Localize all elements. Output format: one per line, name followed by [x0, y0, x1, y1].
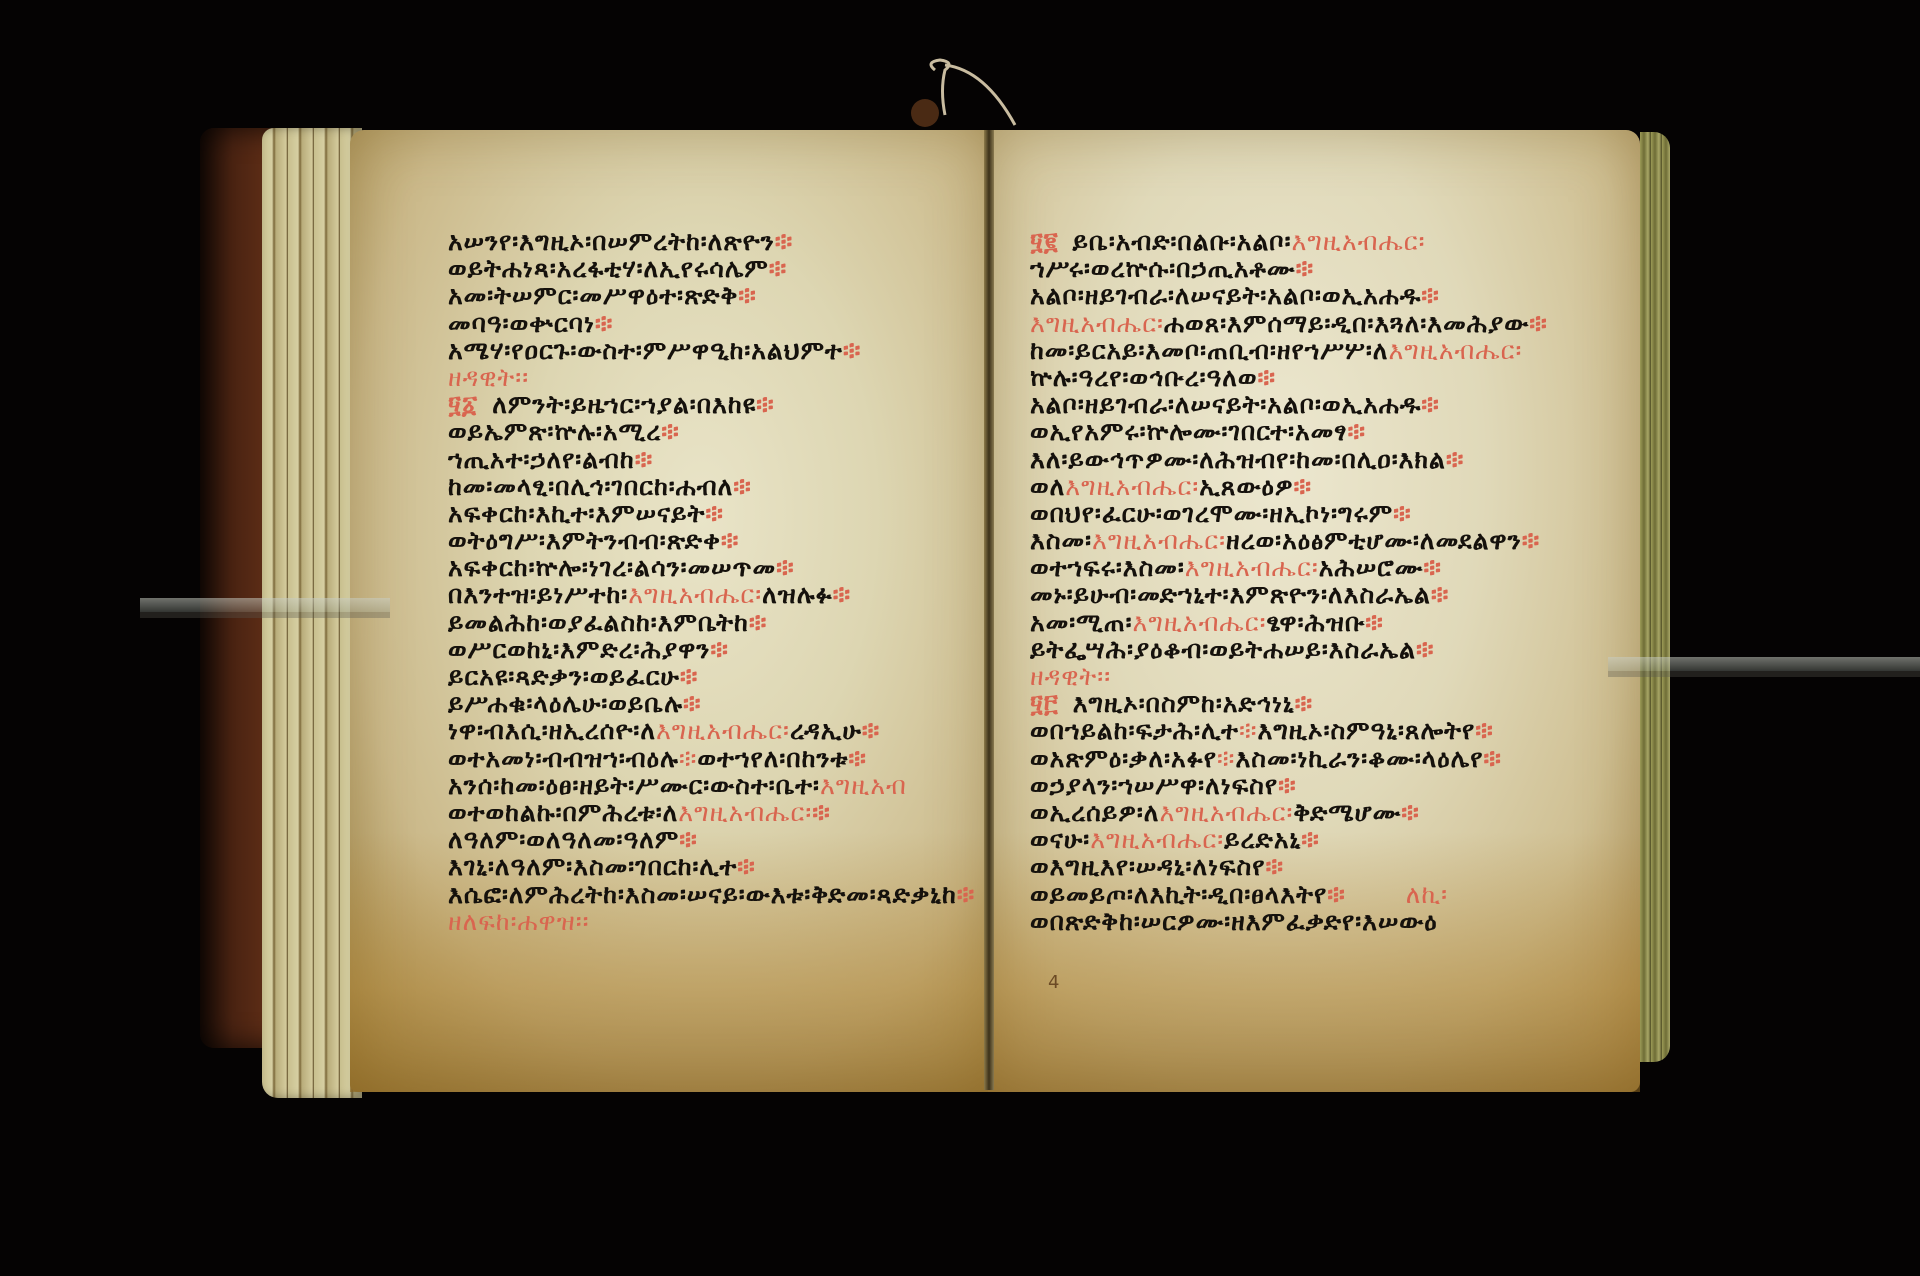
text-line: አፍቀርከ፡ኵሎ፡ነገረ፡ልሳን፡መሠጥመ፨ [448, 554, 988, 581]
text-line: ወተወከልኩ፡በምሕረቱ፡ለእግዚአብሔር፡፨ [448, 799, 988, 826]
text-line: አንሰ፡ከመ፡ዕፀ፡ዘይት፡ሥሙር፡ውስተ፡ቤተ፡እግዚአብ [448, 772, 988, 799]
acrylic-support-right [1608, 657, 1920, 671]
text-line: ለዓለም፡ወለዓለመ፡ዓለም፨ [448, 826, 988, 853]
text-line: ነዋ፡ብእሲ፡ዘኢረሰዮ፡ለእግዚአብሔር፡ረዳኢሁ፨ [448, 717, 988, 744]
text-line: ወተኀፍሩ፡እስመ፡እግዚአብሔር፡አሕሠሮሙ፨ [1030, 554, 1620, 581]
text-line: ወሥርወከኒ፡እምድረ፡ሕያዋን፨ [448, 636, 988, 663]
margin-note: ለኪ፡ [1406, 881, 1448, 908]
text-line: ወኢረሰይዎ፡ለእግዚአብሔር፡ቅድሜሆሙ፨ [1030, 799, 1620, 826]
text-line: ወኢየአምሩ፡ኵሎሙ፡ገበርተ፡አመፃ፨ [1030, 418, 1620, 445]
text-line: ኀጢአተ፡ኃለየ፡ልብከ፨ [448, 446, 988, 473]
text-line: ይትፌሣሕ፡ያዕቆብ፡ወይትሐሠይ፡እስራኤል፨ [1030, 636, 1620, 663]
text-line: ይርአዩ፡ጻድቃን፡ወይፈርሁ፨ [448, 663, 988, 690]
text-line: አመ፡ሚጠ፡እግዚአብሔር፡ፄዋ፡ሕዝቡ፨ [1030, 609, 1620, 636]
right-page-text: ፶፪ይቤ፡አብድ፡በልቡ፡አልቦ፡እግዚአብሔር፡ኀሥሩ፡ወረኵሱ፡በኃጢአቶሙ… [1030, 228, 1620, 935]
text-line: መኑ፡ይሁብ፡መድኀኒተ፡እምጽዮን፡ለእስራኤል፨ [1030, 581, 1620, 608]
text-line: ይሥሐቁ፡ላዕሌሁ፡ወይቤሉ፨ [448, 690, 988, 717]
text-line: ወይመይጦ፡ለእኪት፡ዲበ፡ፀላእትየ፨ለኪ፡ [1030, 881, 1620, 908]
text-line: አልቦ፡ዘይገብራ፡ለሠናይት፡አልቦ፡ወኢአሐዱ፨ [1030, 282, 1620, 309]
text-line: በእንተዝ፡ይነሥተከ፡እግዚአብሔር፡ለዝሉፉ፨ [448, 581, 988, 608]
left-leaf-edges [262, 128, 362, 1098]
text-line: ወበጽድቅከ፡ሠርዎሙ፡ዘእምፈቃድየ፡እሠውዕ [1030, 908, 1620, 935]
text-line: አፍቀርከ፡እኪተ፡እምሠናይት፨ [448, 500, 988, 527]
manuscript-photo: አሠንየ፡እግዚኦ፡በሠምረትከ፡ለጽዮን፨ወይትሐነጻ፡አረፋቲሃ፡ለኢየሩሳ… [0, 0, 1920, 1276]
text-line: ወአጽምዕ፡ቃለ፡አፉየ፨እስመ፡ነኪራን፡ቆሙ፡ላዕሌየ፨ [1030, 745, 1620, 772]
page-number-mark: 4 [1048, 972, 1059, 993]
text-line: ከመ፡መላፂ፡በሊኅ፡ገበርከ፡ሐብለ፨ [448, 473, 988, 500]
text-line: ወበህየ፡ፈርሁ፡ወገረሞሙ፡ዘኢኮነ፡ግሩም፨ [1030, 500, 1620, 527]
text-line: አልቦ፡ዘይገብራ፡ለሠናይት፡አልቦ፡ወኢአሐዱ፨ [1030, 391, 1620, 418]
text-line: ወበኀይልከ፡ፍታሕ፡ሊተ፨እግዚኦ፡ስምዓኒ፡ጸሎትየ፨ [1030, 717, 1620, 744]
text-line: ወእግዚእየ፡ሠዳኒ፡ለነፍስየ፨ [1030, 853, 1620, 880]
text-line: ወትዕግሥ፡እምትንብብ፡ጽድቀ፨ [448, 527, 988, 554]
text-line: አመ፡ትሠምር፡መሥዋዕተ፡ጽድቅ፨ [448, 282, 988, 309]
text-line: ዘለፍከ፡ሐዋዝ፡፡ [448, 908, 988, 935]
text-line: እስመ፡እግዚአብሔር፡ዘረወ፡አዕፅምቲሆሙ፡ለመደልዋን፨ [1030, 527, 1620, 554]
text-line: ፶፪ይቤ፡አብድ፡በልቡ፡አልቦ፡እግዚአብሔር፡ [1030, 228, 1620, 255]
text-line: ወኃያላን፡ኀሠሥዋ፡ለነፍስየ፨ [1030, 772, 1620, 799]
text-line: ይመልሕከ፡ወያፈልስከ፡እምቤትከ፨ [448, 609, 988, 636]
text-line: እሴፎ፡ለምሕረትከ፡እስመ፡ሠናይ፡ውእቱ፡ቅድመ፡ጻድቃኒከ፨ [448, 881, 988, 908]
text-line: ወናሁ፡እግዚአብሔር፡ይረድአኒ፨ [1030, 826, 1620, 853]
text-line: አሠንየ፡እግዚኦ፡በሠምረትከ፡ለጽዮን፨ [448, 228, 988, 255]
text-line: ከመ፡ይርአይ፡እመቦ፡ጠቢብ፡ዘየኀሥሦ፡ለእግዚአብሔር፡ [1030, 337, 1620, 364]
text-line: ዘዳዊት፡፡ [1030, 663, 1620, 690]
text-line: ፶፫እግዚኦ፡በስምከ፡አድኅነኒ፨ [1030, 690, 1620, 717]
text-line: ኵሉ፡ዓረየ፡ወኅቡረ፡ዓለወ፨ [1030, 364, 1620, 391]
text-line: ወተአመነ፡ብብዝኀ፡ብዕሉ፨ወተኀየለ፡በከንቱ፨ [448, 745, 988, 772]
text-line: ወይትሐነጻ፡አረፋቲሃ፡ለኢየሩሳሌም፨ [448, 255, 988, 282]
text-line: እለ፡ይውኅጥዎሙ፡ለሕዝብየ፡ከመ፡በሊዐ፡እክል፨ [1030, 446, 1620, 473]
right-leaf-edges [1640, 132, 1670, 1062]
left-page-text: አሠንየ፡እግዚኦ፡በሠምረትከ፡ለጽዮን፨ወይትሐነጻ፡አረፋቲሃ፡ለኢየሩሳ… [448, 228, 988, 935]
text-line: መባዓ፡ወቍርባነ፨ [448, 310, 988, 337]
text-line: ኀሥሩ፡ወረኵሱ፡በኃጢአቶሙ፨ [1030, 255, 1620, 282]
acrylic-support-left [140, 598, 390, 612]
text-line: እግዚአብሔር፡ሐወጸ፡እምሰማይ፡ዲበ፡እጓለ፡እመሕያው፨ [1030, 310, 1620, 337]
text-line: አሜሃ፡የዐርጉ፡ውስተ፡ምሥዋዒከ፡አልህምተ፨ [448, 337, 988, 364]
binding-thread [905, 55, 1025, 135]
text-line: ወይኤምጽ፡ኵሉ፡አሚረ፨ [448, 418, 988, 445]
text-line: እገኒ፡ለዓለም፡እስመ፡ገበርከ፡ሊተ፨ [448, 853, 988, 880]
text-line: ዘዳዊት፡፡ [448, 364, 988, 391]
text-line: ወለእግዚአብሔር፡ኢጸውዕዎ፨ [1030, 473, 1620, 500]
text-line: ፶፩ለምንት፡ይዜኀር፡ኀያል፡በእከዩ፨ [448, 391, 988, 418]
